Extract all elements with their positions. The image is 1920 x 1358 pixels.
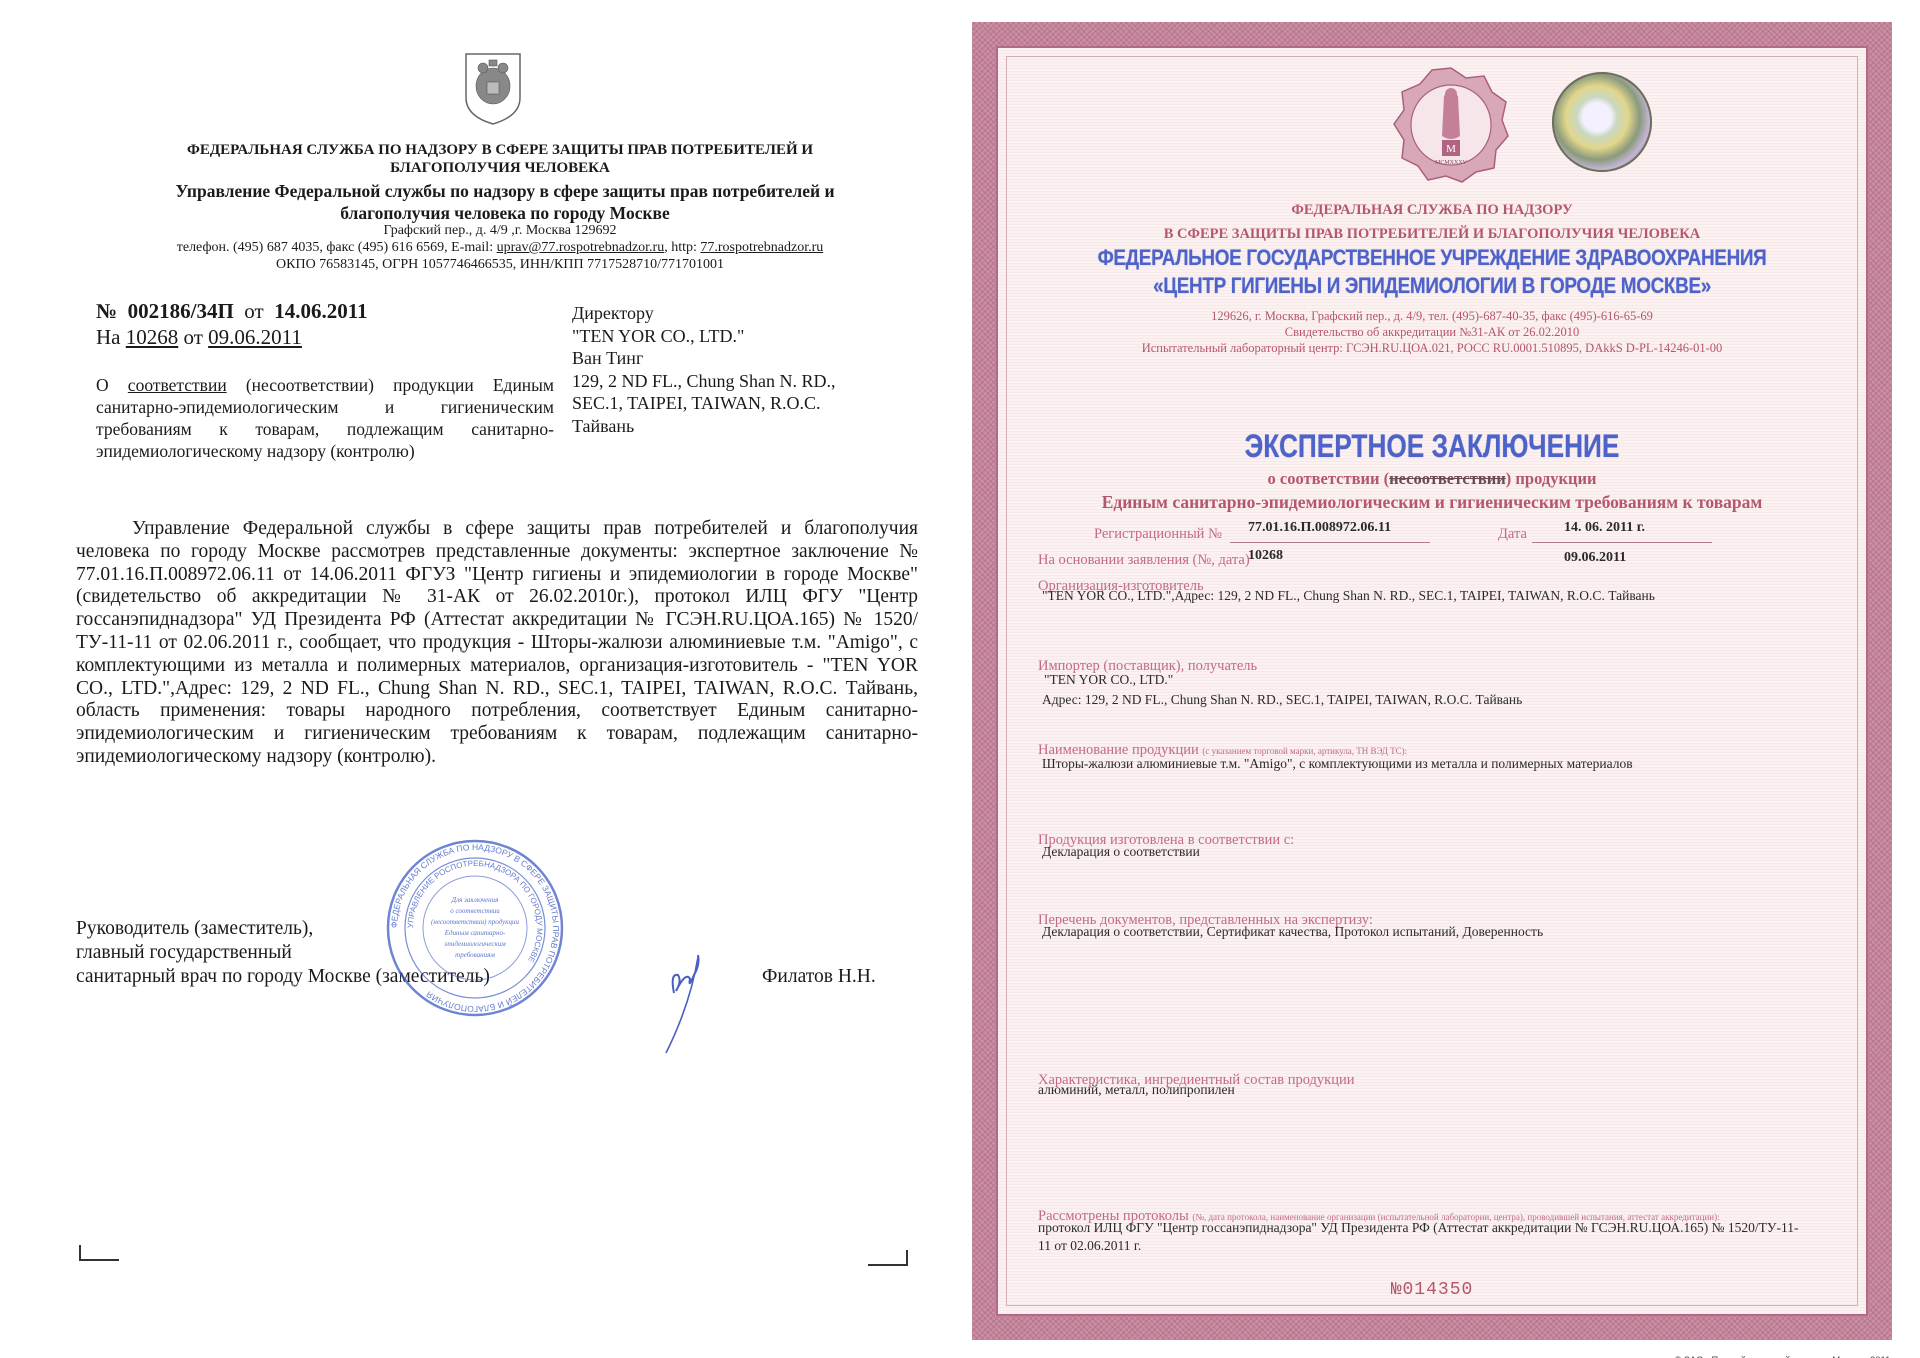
svg-text:требованиям: требованиям: [455, 951, 495, 959]
documents-value: Декларация о соответствии, Сертификат ка…: [1042, 924, 1543, 940]
cert-agency: ФЕДЕРАЛЬНАЯ СЛУЖБА ПО НАДЗОРУ В СФЕРЕ ЗА…: [998, 198, 1866, 246]
composition-value: алюминий, металл, полипропилен: [1038, 1082, 1235, 1098]
signature-icon: [660, 945, 720, 1055]
svg-text:M: M: [1446, 143, 1456, 155]
website-link[interactable]: 77.rospotrebnadzor.ru: [700, 240, 823, 255]
manufacturer-value: "TEN YOR CO., LTD.",Адрес: 129, 2 ND FL.…: [1042, 588, 1655, 604]
application-label: На основании заявления (№, дата): [1038, 552, 1250, 569]
signatory-name: Филатов Н.Н.: [762, 966, 876, 988]
medical-seal-icon: M MCMXXXV: [1392, 66, 1510, 184]
certificate-body: M MCMXXXV ФЕДЕРАЛЬНАЯ СЛУЖБА ПО НАДЗОРУ …: [996, 46, 1868, 1316]
cert-subtitle: о соответствии (несоответствии) продукци…: [998, 469, 1866, 489]
made-per-value: Декларация о соответствии: [1042, 844, 1200, 860]
reply-date: 09.06.2011: [208, 325, 302, 349]
department-name: Управление Федеральной службы по надзору…: [120, 180, 890, 224]
letter-subject: О соответствии (несоответствии) продукци…: [96, 374, 554, 462]
form-number: №014350: [998, 1280, 1866, 1300]
svg-text:Единым санитарно-: Единым санитарно-: [444, 929, 506, 937]
svg-text:о соответствии: о соответствии: [450, 907, 500, 915]
department-contacts: Графский пер., д. 4/9 ,г. Москва 129692 …: [120, 222, 880, 273]
svg-text:(несоответствии) продукции: (несоответствии) продукции: [431, 918, 519, 926]
expert-conclusion-certificate: M MCMXXXV ФЕДЕРАЛЬНАЯ СЛУЖБА ПО НАДЗОРУ …: [970, 22, 1908, 1344]
date-label: Дата: [1498, 526, 1527, 543]
russian-coat-of-arms-icon: [462, 52, 524, 126]
product-value: Шторы-жалюзи алюминиевые т.м. "Amigo", с…: [1042, 756, 1633, 772]
reg-number-label: Регистрационный №: [1094, 526, 1222, 543]
date-line: [1532, 542, 1712, 543]
email-link[interactable]: uprav@77.rospotrebnadzor.ru: [497, 240, 665, 255]
corner-mark-right: [868, 1250, 908, 1266]
importer-value-address: Адрес: 129, 2 ND FL., Chung Shan N. RD.,…: [1042, 692, 1522, 708]
application-date: 09.06.2011: [1564, 550, 1626, 566]
reg-number-line: [1230, 542, 1430, 543]
official-stamp-icon: ФЕДЕРАЛЬНАЯ СЛУЖБА ПО НАДЗОРУ В СФЕРЕ ЗА…: [385, 838, 565, 1018]
addressee-block: Директору "TEN YOR CO., LTD." Ван Тинг 1…: [572, 302, 872, 437]
date-value: 14. 06. 2011 г.: [1564, 520, 1645, 536]
guilloche-frame: M MCMXXXV ФЕДЕРАЛЬНАЯ СЛУЖБА ПО НАДЗОРУ …: [972, 22, 1892, 1340]
protocols-value-line2: 11 от 02.06.2011 г.: [1038, 1238, 1141, 1254]
cert-title: ЭКСПЕРТНОЕ ЗАКЛЮЧЕНИЕ: [1076, 428, 1788, 465]
cert-subtitle-2: Единым санитарно-эпидемиологическим и ги…: [998, 492, 1866, 513]
svg-text:Для заключения: Для заключения: [451, 896, 499, 904]
application-number: 10268: [1248, 548, 1283, 564]
reply-number: 10268: [126, 325, 179, 349]
letter-number: 002186/34П: [128, 299, 234, 323]
corner-mark-left: [79, 1245, 119, 1261]
svg-text:MCMXXXV: MCMXXXV: [1435, 160, 1468, 166]
letter-reference: № 002186/34П от 14.06.2011 На 10268 от 0…: [96, 298, 368, 350]
importer-value-name: "TEN YOR CO., LTD.": [1044, 672, 1173, 688]
letter-date: 14.06.2011: [274, 299, 367, 323]
agency-name: ФЕДЕРАЛЬНАЯ СЛУЖБА ПО НАДЗОРУ В СФЕРЕ ЗА…: [130, 141, 870, 177]
protocols-value-line1: протокол ИЛЦ ФГУ "Центр госсанэпиднадзор…: [1038, 1220, 1798, 1236]
cert-contacts: 129626, г. Москва, Графский пер., д. 4/9…: [998, 308, 1866, 356]
reg-number-value: 77.01.16.П.008972.06.11: [1248, 520, 1391, 536]
official-letter: ФЕДЕРАЛЬНАЯ СЛУЖБА ПО НАДЗОРУ В СФЕРЕ ЗА…: [0, 0, 960, 1358]
svg-text:эпидемиологическим: эпидемиологическим: [444, 940, 506, 948]
cert-institution: ФЕДЕРАЛЬНОЕ ГОСУДАРСТВЕННОЕ УЧРЕЖДЕНИЕ З…: [1059, 244, 1805, 300]
letter-body: Управление Федеральной службы в сфере за…: [76, 518, 918, 769]
hologram-seal-icon: [1552, 72, 1652, 172]
